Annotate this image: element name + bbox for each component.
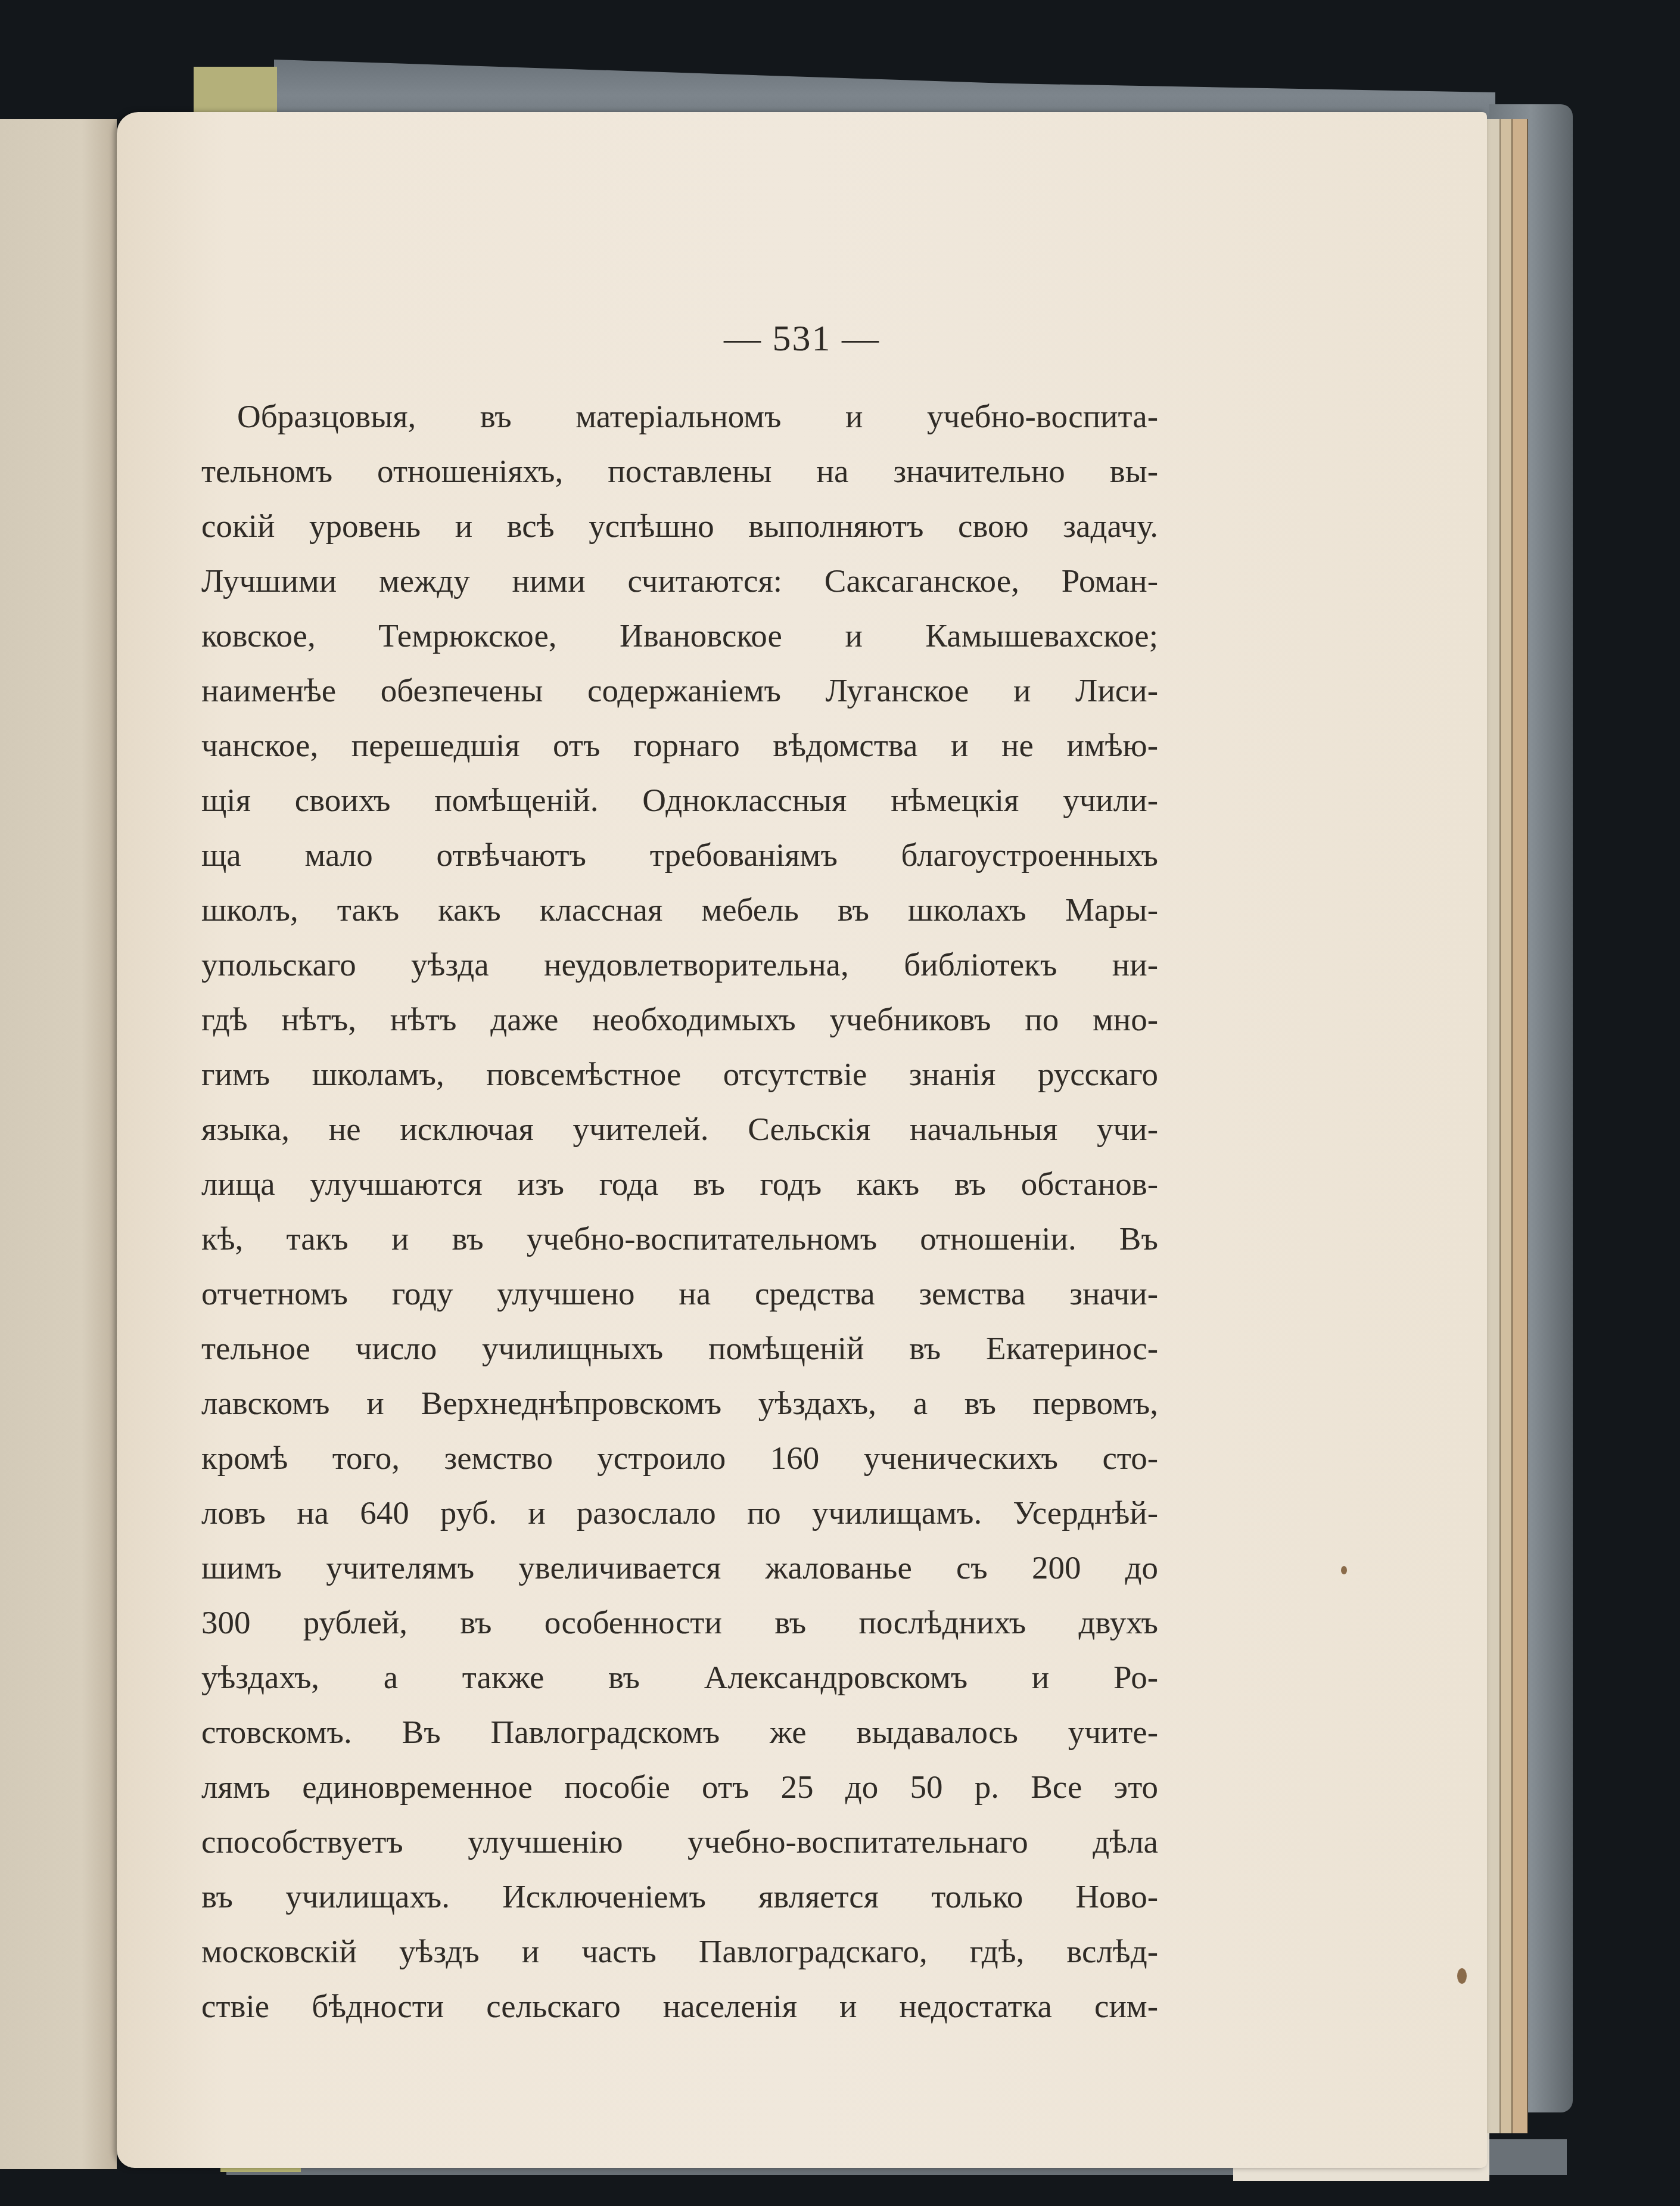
text-line: упольскаго уѣзда неудовлетворительна, би…: [201, 937, 1158, 992]
text-line: школъ, такъ какъ классная мебель въ школ…: [201, 883, 1158, 937]
text-line: московскій уѣздъ и часть Павлоградскаго,…: [201, 1924, 1158, 1979]
text-line: сокій уровень и всѣ успѣшно выполняютъ с…: [201, 499, 1158, 554]
paper-stain: [1457, 1968, 1467, 1984]
page-number: — 531 —: [117, 318, 1487, 360]
text-line: отчетномъ году улучшено на средства земс…: [201, 1266, 1158, 1321]
text-line: тельномъ отношеніяхъ, поставлены на знач…: [201, 444, 1158, 499]
text-line: языка, не исключая учителей. Сельскія на…: [201, 1102, 1158, 1157]
book-cover-top: [274, 60, 1495, 119]
text-line: Лучшими между ними считаются: Саксаганск…: [201, 554, 1158, 608]
text-line: уѣздахъ, а также въ Александровскомъ и Р…: [201, 1650, 1158, 1705]
text-line: способствуетъ улучшенію учебно-воспитате…: [201, 1814, 1158, 1869]
text-line: чанское, перешедшія отъ горнаго вѣдомств…: [201, 718, 1158, 773]
text-line: лямъ единовременное пособіе отъ 25 до 50…: [201, 1760, 1158, 1814]
text-line: ловъ на 640 руб. и разослало по училищам…: [201, 1486, 1158, 1540]
text-line: кѣ, такъ и въ учебно-воспитательномъ отн…: [201, 1211, 1158, 1266]
page-edge: [1501, 119, 1513, 2133]
text-line: шимъ учителямъ увеличивается жалованье с…: [201, 1540, 1158, 1595]
text-line: наименѣе обезпечены содержаніемъ Луганск…: [201, 663, 1158, 718]
text-line: лища улучшаются изъ года въ годъ какъ въ…: [201, 1157, 1158, 1211]
page-body-text: Образцовыя, въ матеріальномъ и учебно-во…: [201, 389, 1158, 2034]
text-line: стовскомъ. Въ Павлоградскомъ же выдавало…: [201, 1705, 1158, 1760]
paper-stain: [1341, 1566, 1347, 1574]
page-edge: [1486, 119, 1501, 2133]
text-line: тельное число училищныхъ помѣщеній въ Ек…: [201, 1321, 1158, 1376]
text-line: щія своихъ помѣщеній. Одноклассныя нѣмец…: [201, 773, 1158, 828]
left-page: [0, 119, 117, 2169]
text-line: Образцовыя, въ матеріальномъ и учебно-во…: [201, 389, 1158, 444]
text-line: 300 рублей, въ особенности въ послѣднихъ…: [201, 1595, 1158, 1650]
text-line: ствіе бѣдности сельскаго населенія и нед…: [201, 1979, 1158, 2034]
text-line: ща мало отвѣчаютъ требованіямъ благоустр…: [201, 828, 1158, 883]
text-line: кромѣ того, земство устроило 160 учениче…: [201, 1431, 1158, 1486]
text-line: ковское, Темрюкское, Ивановское и Камыше…: [201, 608, 1158, 663]
text-line: гдѣ нѣтъ, нѣтъ даже необходимыхъ учебник…: [201, 992, 1158, 1047]
book-page: — 531 — Образцовыя, въ матеріальномъ и у…: [117, 112, 1487, 2168]
text-line: въ училищахъ. Исключеніемъ является толь…: [201, 1869, 1158, 1924]
text-line: лавскомъ и Верхнеднѣпровскомъ уѣздахъ, а…: [201, 1376, 1158, 1431]
text-line: гимъ школамъ, повсемѣстное отсутствіе зн…: [201, 1047, 1158, 1102]
page-edge: [1513, 119, 1528, 2133]
